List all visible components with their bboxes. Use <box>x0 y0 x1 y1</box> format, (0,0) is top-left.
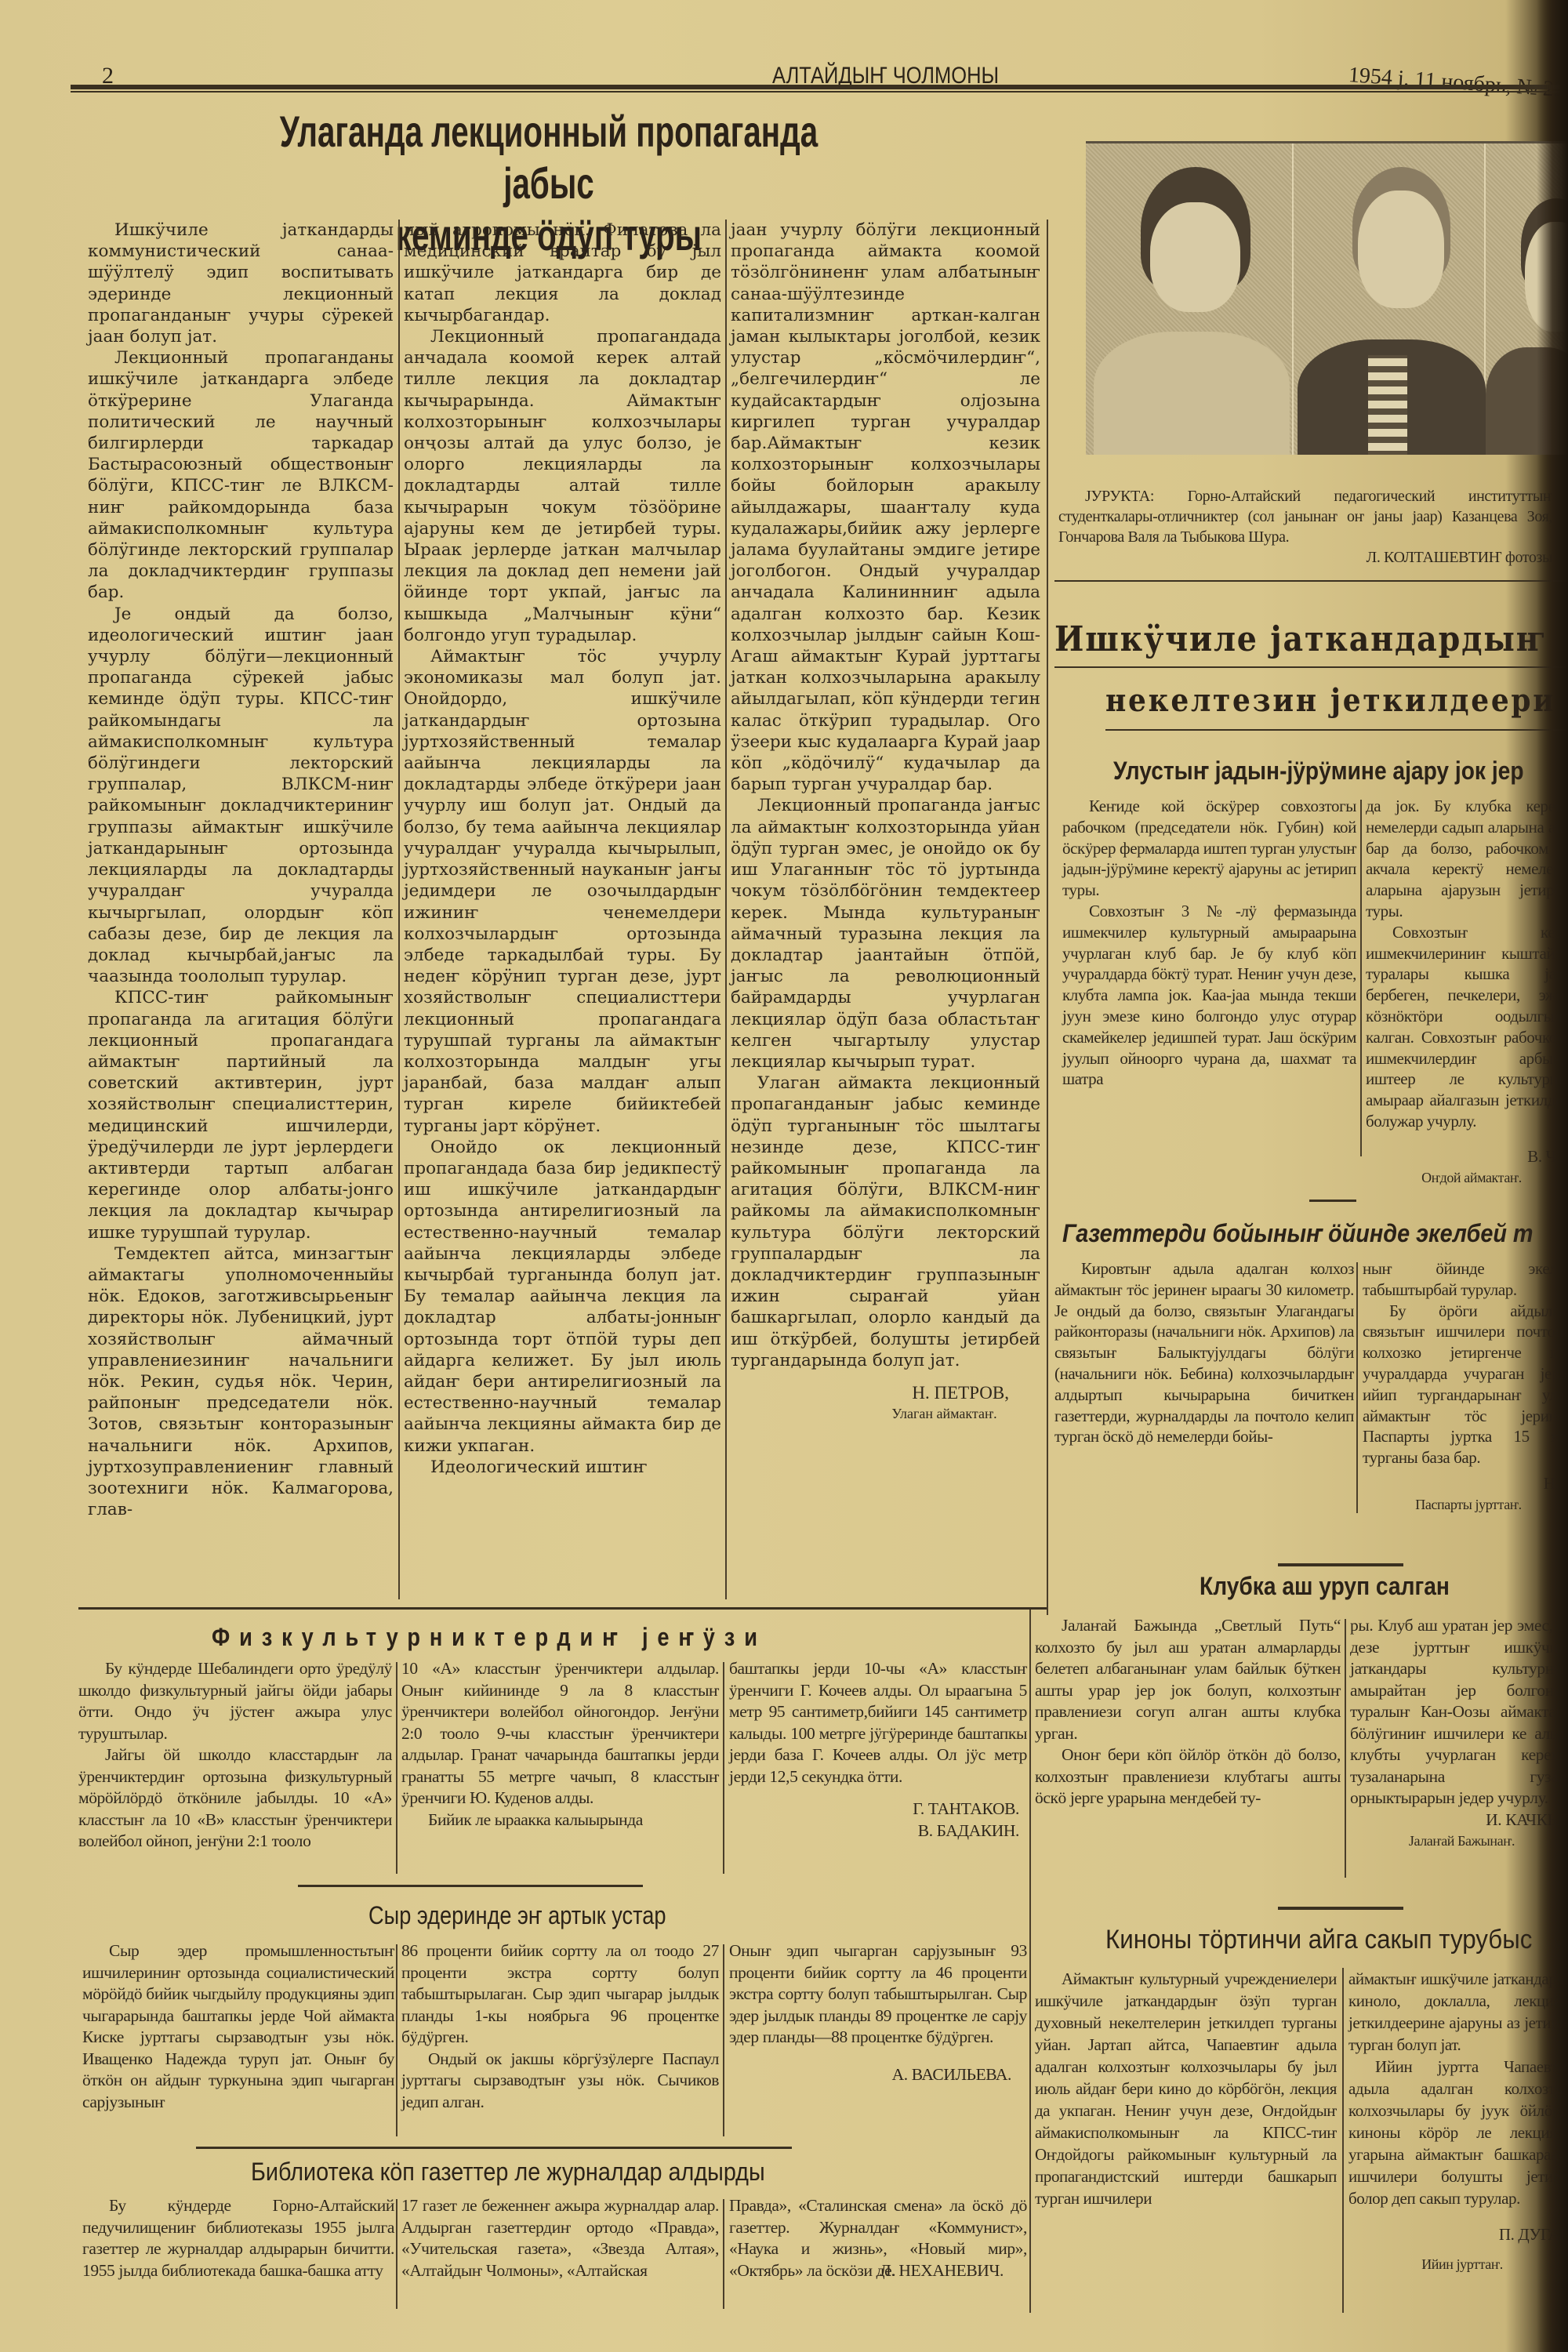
paragraph: аймактыҥ ишкӱчиле јаткандарын киноло, до… <box>1348 1968 1568 2056</box>
paragraph: Совхозтыҥ кезик ишмекчилериниҥ кыштайтан… <box>1366 922 1568 1132</box>
column-divider <box>1360 800 1362 1156</box>
paragraph: Бу кӱндерде Горно-Алтайский педучилищени… <box>82 2195 394 2281</box>
paragraph: Аймактыҥ тӧс учурлу экономиказы мал болу… <box>404 646 721 1137</box>
paragraph: Кировтыҥ адыла адалган колхоз аймактыҥ т… <box>1054 1258 1354 1447</box>
photo-caption: ЈУРУКТА: Горно-Алтайский педагогический … <box>1058 486 1552 568</box>
author-signature: Г. ТАНТАКОВ. <box>729 1798 1027 1820</box>
column-divider <box>396 1662 397 1874</box>
author-signature: П. ДУГАШ <box>1348 2223 1568 2245</box>
headline-line-1: Улаганда лекционный пропаганда јабыс <box>267 106 831 209</box>
paragraph: баштапкы јерди 10-чы «А» класстыҥ ӱренчи… <box>729 1658 1027 1788</box>
paragraph: КПСС-тиҥ райкомыныҥ пропаганда ла агитац… <box>88 987 394 1243</box>
author-signature: Н. ПЕТРОВ, <box>731 1382 1040 1403</box>
culture-banner-line1: Ишкӱчиле јаткандардыҥ культур <box>1054 619 1568 659</box>
column-divider <box>398 220 400 1599</box>
masthead: 2 АЛТАЙДЫҤ ЧОЛМОНЫ 1954 ј. 11 ноябрь, № … <box>102 63 1568 102</box>
article-column: Оныҥ эдип чыгарган сарјузыныҥ 93 процент… <box>729 1940 1027 2085</box>
author-place: Јалаҥай Бажынаҥ. <box>1350 1831 1568 1853</box>
banner-rule <box>1105 729 1568 731</box>
paragraph: Лекционный пропагандада анчадала коомой … <box>404 326 721 646</box>
issue-date: 1954 ј. 11 ноябрь, № 22 <box>1348 63 1566 103</box>
article-column: Јалаҥай Бажында „Светлый Путь“ колхозто … <box>1035 1615 1341 1809</box>
main-article-column-1: Ишкӱчиле јаткандарды коммунистический са… <box>88 220 394 1520</box>
article-column: аймактыҥ ишкӱчиле јаткандарын киноло, до… <box>1348 1968 1568 2275</box>
paragraph: да јок. Бу клубка керектӱ немелерди сады… <box>1366 796 1568 922</box>
paragraph: Лекционный пропаганда јаҥыс ла аймактыҥ … <box>731 795 1040 1073</box>
paragraph: Сыр эдер промышленностьтыҥ ишчилериниҥ о… <box>82 1940 394 2113</box>
paragraph: Лекционный пропаганданы ишкӱчиле јатканд… <box>88 347 394 603</box>
paragraph: Аймактыҥ культурный учреждениелери ишкӱч… <box>1035 1968 1337 2209</box>
paragraph: Бу кӱндерде Шебалиндеги орто ӱредӱлӱ шко… <box>78 1658 392 1744</box>
paragraph: Ондый ок јакшы кӧргӱзӱлерге Паспаул јурт… <box>401 2049 719 2114</box>
section-divider <box>78 1607 1047 1610</box>
main-article-column-3: јаан учурлу бӧлӱги лекционный пропаганда… <box>731 220 1040 1425</box>
article-column: Сыр эдер промышленностьтыҥ ишчилериниҥ о… <box>82 1940 394 2113</box>
paragraph: Бу ӧрӧги айдылган связьтыҥ ишчилери почт… <box>1363 1301 1568 1468</box>
article-title: Библиотека кӧп газеттер ле журналдар алд… <box>251 2158 765 2187</box>
column-divider <box>396 1944 397 2136</box>
author-place: Ийин јурттаҥ. <box>1348 2253 1568 2275</box>
article-column: Кеҥиде кой ӧскӱрер совхозтогы рабочком (… <box>1062 796 1356 1090</box>
caption-text: ЈУРУКТА: Горно-Алтайский педагогический … <box>1058 486 1552 547</box>
photo-credit: Л. КОЛТАШЕВТИҤ фотозы <box>1058 547 1552 568</box>
paragraph: Онойдо ок лекционный пропагандада база б… <box>404 1137 721 1457</box>
student-photo <box>1086 141 1568 455</box>
article-column: ныҥ ӧйинде экелип табыштырбай турулар.Бу… <box>1363 1258 1568 1515</box>
article-column: баштапкы јерди 10-чы «А» класстыҥ ӱренчи… <box>729 1658 1027 1842</box>
article-title: Физкультурниктердиҥ јеҥӱзи <box>212 1623 767 1652</box>
author-signature: Н. А <box>1363 1473 1568 1494</box>
author-signature: А. ВАСИЛЬЕВА. <box>729 2064 1027 2086</box>
column-divider <box>725 220 727 1599</box>
paragraph: 17 газет ле беженнеҥ ажыра журналдар ала… <box>401 2195 719 2281</box>
newspaper-page: 2 АЛТАЙДЫҤ ЧОЛМОНЫ 1954 ј. 11 ноябрь, № … <box>0 0 1568 2352</box>
paragraph: Јалаҥай Бажында „Светлый Путь“ колхозто … <box>1035 1615 1341 1744</box>
paragraph: Оныҥ эдип чыгарган сарјузыныҥ 93 процент… <box>729 1940 1027 2049</box>
author-place: Улаган аймактаҥ. <box>731 1403 1040 1425</box>
banner-rule <box>1054 666 1568 668</box>
paragraph: ры. Клуб аш уратан јер эмес, ол дезе јур… <box>1350 1615 1568 1809</box>
author-place: Оҥдой аймактаҥ. <box>1366 1167 1568 1189</box>
paragraph: Ишкӱчиле јаткандарды коммунистический са… <box>88 220 394 347</box>
article-column: 86 проценти бийик сортту ла ол тоодо 27 … <box>401 1940 719 2113</box>
main-article-column-2: ный агрономы нӧк. Филатова ла медицински… <box>404 220 721 1478</box>
article-column: да јок. Бу клубка керектӱ немелерди сады… <box>1366 796 1568 1188</box>
article-column: Правда», «Сталинская смена» ла ӧскӧ дӧ г… <box>729 2195 1027 2282</box>
masthead-rule <box>71 85 1560 93</box>
paragraph: ныҥ ӧйинде экелип табыштырбай турулар. <box>1363 1258 1568 1301</box>
section-divider <box>1278 1563 1403 1566</box>
section-divider <box>1278 1907 1403 1910</box>
column-divider <box>1342 1968 1344 2313</box>
article-column: 10 «А» класстыҥ ӱренчиктери алдылар. Оны… <box>401 1658 719 1831</box>
paragraph: ный агрономы нӧк. Филатова ла медицински… <box>404 220 721 326</box>
column-divider <box>723 2199 724 2309</box>
article-title: Газеттерди бойыныҥ ӧйинде экелбей т <box>1062 1219 1534 1248</box>
column-divider <box>1356 1262 1358 1513</box>
paragraph: Бийик ле ыраакка калыырында <box>401 1809 719 1831</box>
column-divider <box>396 2199 397 2309</box>
culture-banner-line2: некелтезин јеткилдеери учун <box>1105 682 1568 719</box>
column-divider <box>1029 1607 1031 2313</box>
author-place: Паспарты јурттаҥ. <box>1363 1494 1568 1515</box>
paragraph: 10 «А» класстыҥ ӱренчиктери алдылар. Оны… <box>401 1658 719 1809</box>
article-title: Клубка аш уруп салган <box>1200 1572 1450 1601</box>
column-divider <box>1345 1619 1346 1878</box>
author-signature: В. ЧЕН <box>1366 1146 1568 1167</box>
section-divider <box>196 2147 792 2149</box>
article-column: Бу кӱндерде Горно-Алтайский педучилищени… <box>82 2195 394 2281</box>
column-divider <box>723 1944 724 2136</box>
paragraph: Ийин јуртта Чапаевтиҥ адыла адалган колх… <box>1348 2056 1568 2209</box>
paragraph: 86 проценти бийик сортту ла ол тоодо 27 … <box>401 1940 719 2049</box>
paragraph: јаан учурлу бӧлӱги лекционный пропаганда… <box>731 220 1040 795</box>
article-title: Киноны тӧртинчи айга сакып турубыс <box>1105 1925 1532 1955</box>
column-divider <box>1047 220 1048 1615</box>
paragraph: Идеологический иштиҥ <box>404 1457 721 1478</box>
column-divider <box>723 1662 724 1874</box>
paragraph: Совхозтыҥ 3 №-лӱ фермазында ишмекчилер к… <box>1062 901 1356 1090</box>
paragraph: Темдектеп айтса, минзагтыҥ аймактагы упо… <box>88 1243 394 1521</box>
article-column: ры. Клуб аш уратан јер эмес, ол дезе јур… <box>1350 1615 1568 1853</box>
short-divider <box>1309 1200 1356 1202</box>
paragraph: Оноҥ бери кӧп ӧйлӧр ӧткӧн дӧ болзо, колх… <box>1035 1744 1341 1809</box>
article-column: Аймактыҥ культурный учреждениелери ишкӱч… <box>1035 1968 1337 2209</box>
section-divider <box>298 1885 643 1887</box>
article-column: Бу кӱндерде Шебалиндеги орто ӱредӱлӱ шко… <box>78 1658 392 1853</box>
paragraph: Улаган аймакта лекционный пропаганданыҥ … <box>731 1073 1040 1371</box>
article-title: Сыр эдеринде эҥ артык устар <box>368 1901 666 1930</box>
article-column: 17 газет ле беженнеҥ ажыра журналдар ала… <box>401 2195 719 2281</box>
article-title: Улустыҥ јадын-јӱрӱмине ајару јок јер <box>1113 757 1524 786</box>
author-signature: В. БАДАКИН. <box>729 1820 1027 1842</box>
paragraph: Је ондый да болзо, идеологический иштиҥ … <box>88 604 394 988</box>
author-signature: И. КАЧКЫН <box>1350 1809 1568 1831</box>
section-divider <box>1054 580 1568 582</box>
paragraph: Јайгы ӧй школдо класстардыҥ ла ӱренчикте… <box>78 1744 392 1853</box>
paragraph: Кеҥиде кой ӧскӱрер совхозтогы рабочком (… <box>1062 796 1356 901</box>
article-column: Кировтыҥ адыла адалган колхоз аймактыҥ т… <box>1054 1258 1354 1447</box>
